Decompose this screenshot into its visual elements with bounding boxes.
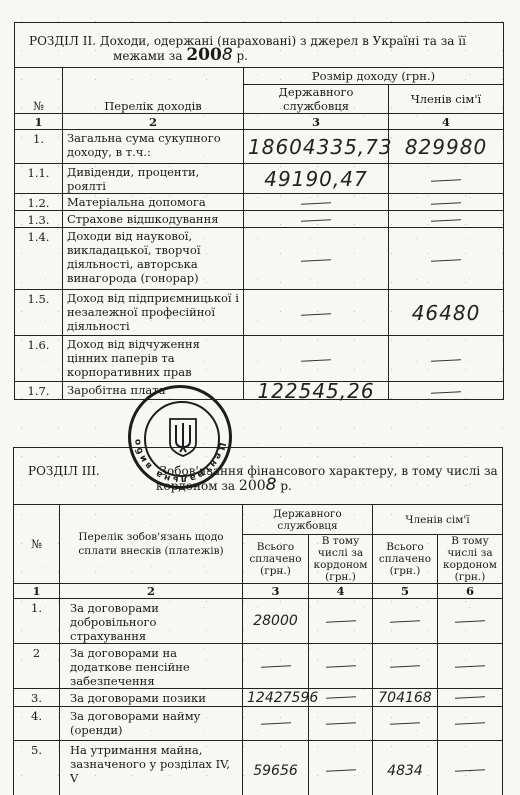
header-family-total-paid: Всього сплачено (грн.): [373, 535, 438, 584]
official-amount: 18604335,73: [244, 130, 389, 164]
dash-mark: [325, 620, 355, 623]
empty-dash: [309, 741, 373, 795]
section-2-year-handwritten: 8: [222, 45, 233, 65]
header-obligation-list: Перелік зобов'язань щодо сплати внесків …: [60, 505, 243, 584]
income-label: Доход від підприємницької і незалежної п…: [63, 290, 244, 336]
income-label: Страхове відшкодування: [63, 211, 244, 228]
section-3-year-suffix: р.: [280, 479, 292, 493]
section-3-title-line2: кордоном за: [156, 479, 235, 493]
dash-mark: [455, 722, 485, 725]
empty-dash: [309, 707, 373, 741]
empty-dash: [244, 228, 389, 290]
empty-dash: [244, 194, 389, 211]
section-2-label: РОЗДІЛ II.: [29, 34, 96, 48]
empty-dash: [389, 228, 504, 290]
section-3-obligations-table: РОЗДІЛ III. Зобов'язання фінансового хар…: [13, 447, 503, 795]
dash-mark: [301, 202, 331, 205]
dash-mark: [260, 722, 290, 725]
obligation-row: 1.За договорами добровільного страхуванн…: [14, 599, 503, 644]
dash-mark: [260, 665, 290, 668]
section-3-title-text: Зобов'язання фінансового характеру, в то…: [160, 464, 498, 478]
section-2-year: 200: [186, 45, 222, 65]
income-row: 1.4.Доходи від наукової, викладацької, т…: [15, 228, 504, 290]
col-number: 1: [14, 584, 60, 599]
row-number: 1.7.: [15, 382, 63, 400]
row-number: 1.: [14, 599, 60, 644]
income-label: Дивіденди, проценти, роялті: [63, 164, 244, 194]
official-amount: 122545,26: [244, 382, 389, 400]
col-number: 5: [373, 584, 438, 599]
empty-dash: [244, 336, 389, 382]
empty-dash: [389, 211, 504, 228]
section-2-income-table: РОЗДІЛ II. Доходи, одержані (нараховані)…: [14, 22, 504, 400]
empty-dash: [389, 382, 504, 400]
dash-mark: [455, 696, 485, 699]
header-official-total-paid: Всього сплачено (грн.): [243, 535, 309, 584]
official-total-paid: 59656: [243, 741, 309, 795]
empty-dash: [438, 707, 503, 741]
empty-dash: [438, 689, 503, 707]
family-amount: 46480: [389, 290, 504, 336]
official-total-paid: 12427596: [243, 689, 309, 707]
header-family: Членів сім'ї: [389, 85, 504, 114]
row-number: 1.: [15, 130, 63, 164]
section-2-year-suffix: р.: [236, 49, 248, 63]
row-number: 1.6.: [15, 336, 63, 382]
section-2-title-line2: межами за: [113, 49, 182, 63]
empty-dash: [244, 211, 389, 228]
row-number: 1.3.: [15, 211, 63, 228]
dash-mark: [431, 219, 461, 222]
empty-dash: [389, 194, 504, 211]
income-label: Загальна сума сукупного доходу, в т.ч.:: [63, 130, 244, 164]
section-2-title-text: Доходи, одержані (нараховані) з джерел в…: [100, 34, 466, 48]
row-number: 3.: [14, 689, 60, 707]
dash-mark: [390, 722, 420, 725]
empty-dash: [438, 741, 503, 795]
col-number: 3: [243, 584, 309, 599]
empty-dash: [309, 689, 373, 707]
header-official: Державного службовця: [243, 505, 373, 535]
income-label: Доходи від наукової, викладацької, творч…: [63, 228, 244, 290]
empty-dash: [389, 336, 504, 382]
income-row: 1.1.Дивіденди, проценти, роялті49190,47: [15, 164, 504, 194]
income-row: 1.6.Доход від відчуження цінних паперів …: [15, 336, 504, 382]
header-official: Державного службовця: [244, 85, 389, 114]
header-family: Членів сім'ї: [373, 505, 503, 535]
row-number: 1.2.: [15, 194, 63, 211]
col-number: 4: [309, 584, 373, 599]
header-no: №: [15, 68, 63, 114]
empty-dash: [438, 599, 503, 644]
obligation-row: 4.За договорами найму (оренди): [14, 707, 503, 741]
income-row: 1.2.Матеріальна допомога: [15, 194, 504, 211]
income-row: 1.Загальна сума сукупного доходу, в т.ч.…: [15, 130, 504, 164]
col-number: 4: [389, 114, 504, 130]
obligation-label: За договорами позики: [60, 689, 243, 707]
dash-mark: [325, 696, 355, 699]
dash-mark: [431, 259, 461, 262]
row-number: 1.5.: [15, 290, 63, 336]
row-number: 1.4.: [15, 228, 63, 290]
official-total-paid: 28000: [243, 599, 309, 644]
empty-dash: [389, 164, 504, 194]
dash-mark: [431, 202, 461, 205]
section-3-year-handwritten: 8: [266, 475, 277, 495]
header-income-size: Розмір доходу (грн.): [244, 68, 504, 85]
income-label: Доход від відчуження цінних паперів та к…: [63, 336, 244, 382]
dash-mark: [301, 219, 331, 222]
header-income-list: Перелік доходів: [63, 68, 244, 114]
section-3-label: РОЗДІЛ III.: [28, 464, 100, 478]
empty-dash: [309, 599, 373, 644]
dash-mark: [390, 665, 420, 668]
empty-dash: [438, 644, 503, 689]
row-number: 1.1.: [15, 164, 63, 194]
section-2-title: РОЗДІЛ II. Доходи, одержані (нараховані)…: [15, 23, 504, 68]
dash-mark: [431, 391, 461, 394]
dash-mark: [455, 620, 485, 623]
obligation-label: За договорами на додаткове пенсійне забе…: [60, 644, 243, 689]
row-number: 4.: [14, 707, 60, 741]
header-family-abroad: В тому числі за кордоном (грн.): [438, 535, 503, 584]
row-number: 5.: [14, 741, 60, 795]
obligation-label: За договорами найму (оренди): [60, 707, 243, 741]
column-numbers-row: 1 2 3 4 5 6: [14, 584, 503, 599]
dash-mark: [325, 769, 355, 772]
income-row: 1.3.Страхове відшкодування: [15, 211, 504, 228]
empty-dash: [243, 707, 309, 741]
dash-mark: [301, 259, 331, 262]
col-number: 2: [60, 584, 243, 599]
income-label: Матеріальна допомога: [63, 194, 244, 211]
dash-mark: [455, 665, 485, 668]
obligation-label: За договорами добровільного страхування: [60, 599, 243, 644]
dash-mark: [455, 769, 485, 772]
col-number: 2: [63, 114, 244, 130]
dash-mark: [431, 179, 461, 182]
header-no: №: [14, 505, 60, 584]
family-total-paid: 4834: [373, 741, 438, 795]
section-3-title: РОЗДІЛ III. Зобов'язання фінансового хар…: [14, 448, 503, 505]
dash-mark: [301, 359, 331, 362]
col-number: 6: [438, 584, 503, 599]
row-number: 2: [14, 644, 60, 689]
header-official-abroad: В тому числі за кордоном (грн.): [309, 535, 373, 584]
empty-dash: [373, 644, 438, 689]
col-number: 1: [15, 114, 63, 130]
income-row: 1.5.Доход від підприємницької і незалежн…: [15, 290, 504, 336]
obligation-row: 2За договорами на додаткове пенсійне заб…: [14, 644, 503, 689]
empty-dash: [373, 599, 438, 644]
obligation-row: 5.На утримання майна, зазначеного у розд…: [14, 741, 503, 795]
family-amount: 829980: [389, 130, 504, 164]
dash-mark: [325, 722, 355, 725]
empty-dash: [373, 707, 438, 741]
family-total-paid: 704168: [373, 689, 438, 707]
dash-mark: [301, 313, 331, 316]
obligation-label: На утримання майна, зазначеного у розділ…: [60, 741, 243, 795]
obligation-row: 3.За договорами позики12427596704168: [14, 689, 503, 707]
dash-mark: [390, 620, 420, 623]
empty-dash: [244, 290, 389, 336]
income-row: 1.7.Заробітна плата122545,26: [15, 382, 504, 400]
col-number: 3: [244, 114, 389, 130]
official-amount: 49190,47: [244, 164, 389, 194]
section-3-year: 200: [239, 478, 266, 494]
dash-mark: [431, 359, 461, 362]
column-numbers-row: 1 2 3 4: [15, 114, 504, 130]
empty-dash: [243, 644, 309, 689]
dash-mark: [325, 665, 355, 668]
empty-dash: [309, 644, 373, 689]
